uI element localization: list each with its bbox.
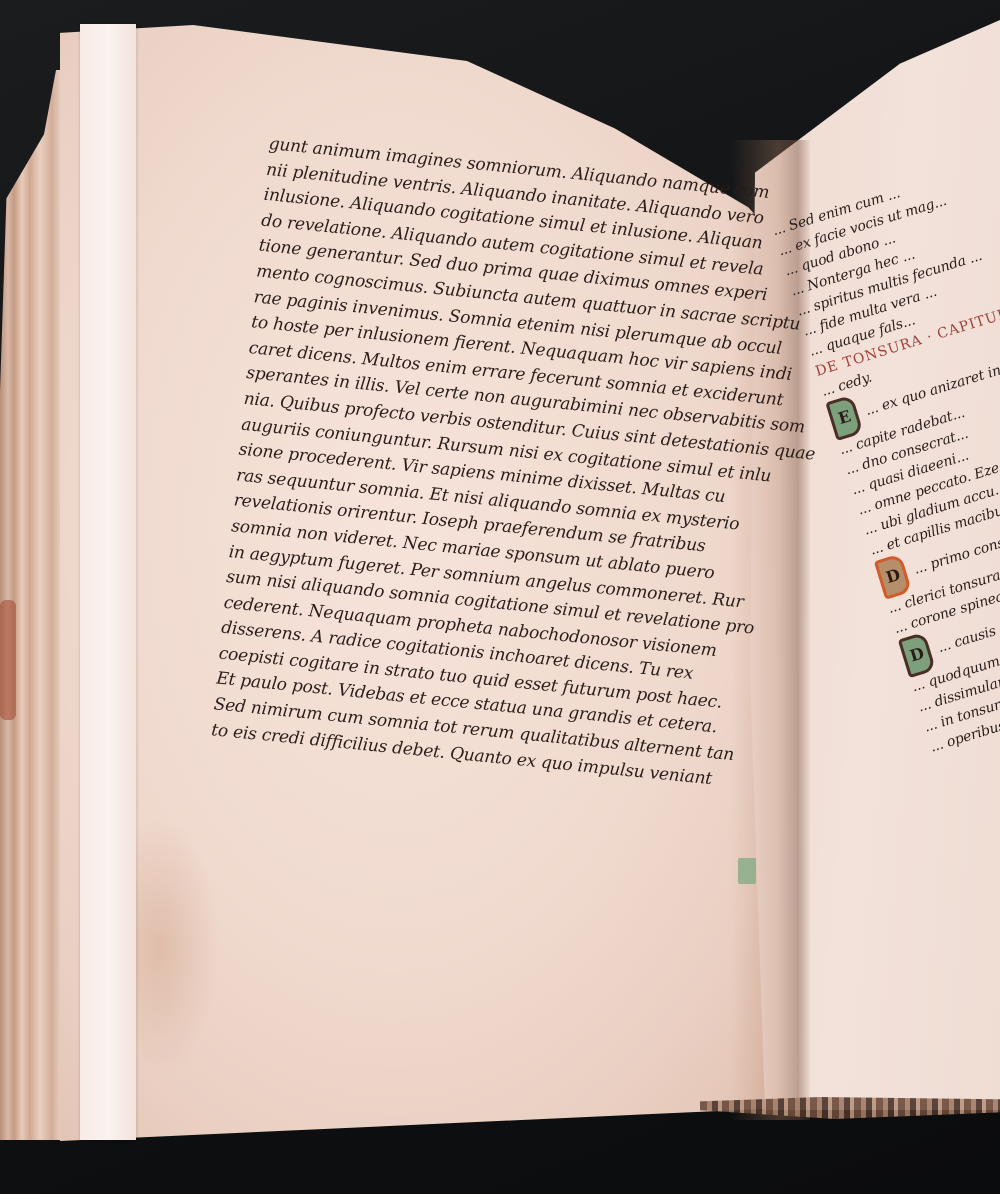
manuscript-photo: gunt animum imagines somniorum. Aliquand… [0,0,1000,1194]
bookmark-strip [80,24,136,1140]
left-page-text: gunt animum imagines somniorum. Aliquand… [210,132,768,792]
edge-stain [0,600,16,720]
green-tab-marker [738,858,756,884]
